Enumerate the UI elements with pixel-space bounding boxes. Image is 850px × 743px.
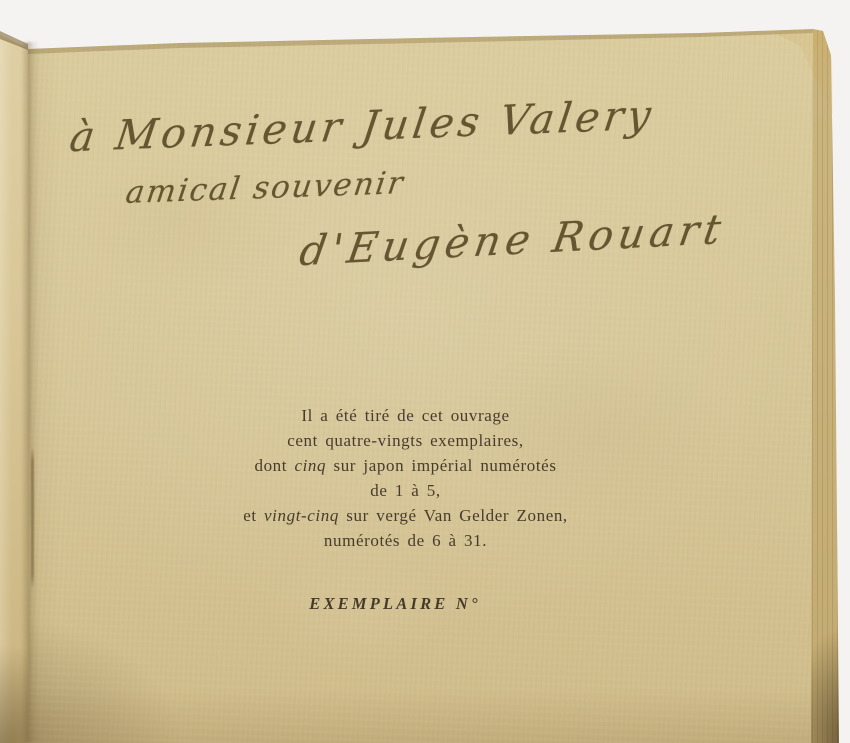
colophon-line-1: Il a été tiré de cet ouvrage xyxy=(178,403,633,428)
colophon-line-2: cent quatre-vingts exemplaires, xyxy=(178,428,633,453)
exemplaire-label: EXEMPLAIRE N° xyxy=(180,594,610,614)
colophon-line-6: numérotés de 6 à 31. xyxy=(178,528,633,553)
colophon-line-3: dont cinq sur japon impérial numérotés xyxy=(178,453,633,478)
gutter-fold-shadow xyxy=(21,42,39,743)
stitch-mark xyxy=(31,447,34,589)
limitation-notice: Il a été tiré de cet ouvrage cent quatre… xyxy=(178,403,633,553)
colophon-line-5: et vingt-cinq sur vergé Van Gelder Zonen… xyxy=(178,503,633,528)
photo-backdrop: à Monsieur Jules Valery amical souvenir … xyxy=(0,0,850,743)
colophon-line-4: de 1 à 5, xyxy=(178,478,633,503)
